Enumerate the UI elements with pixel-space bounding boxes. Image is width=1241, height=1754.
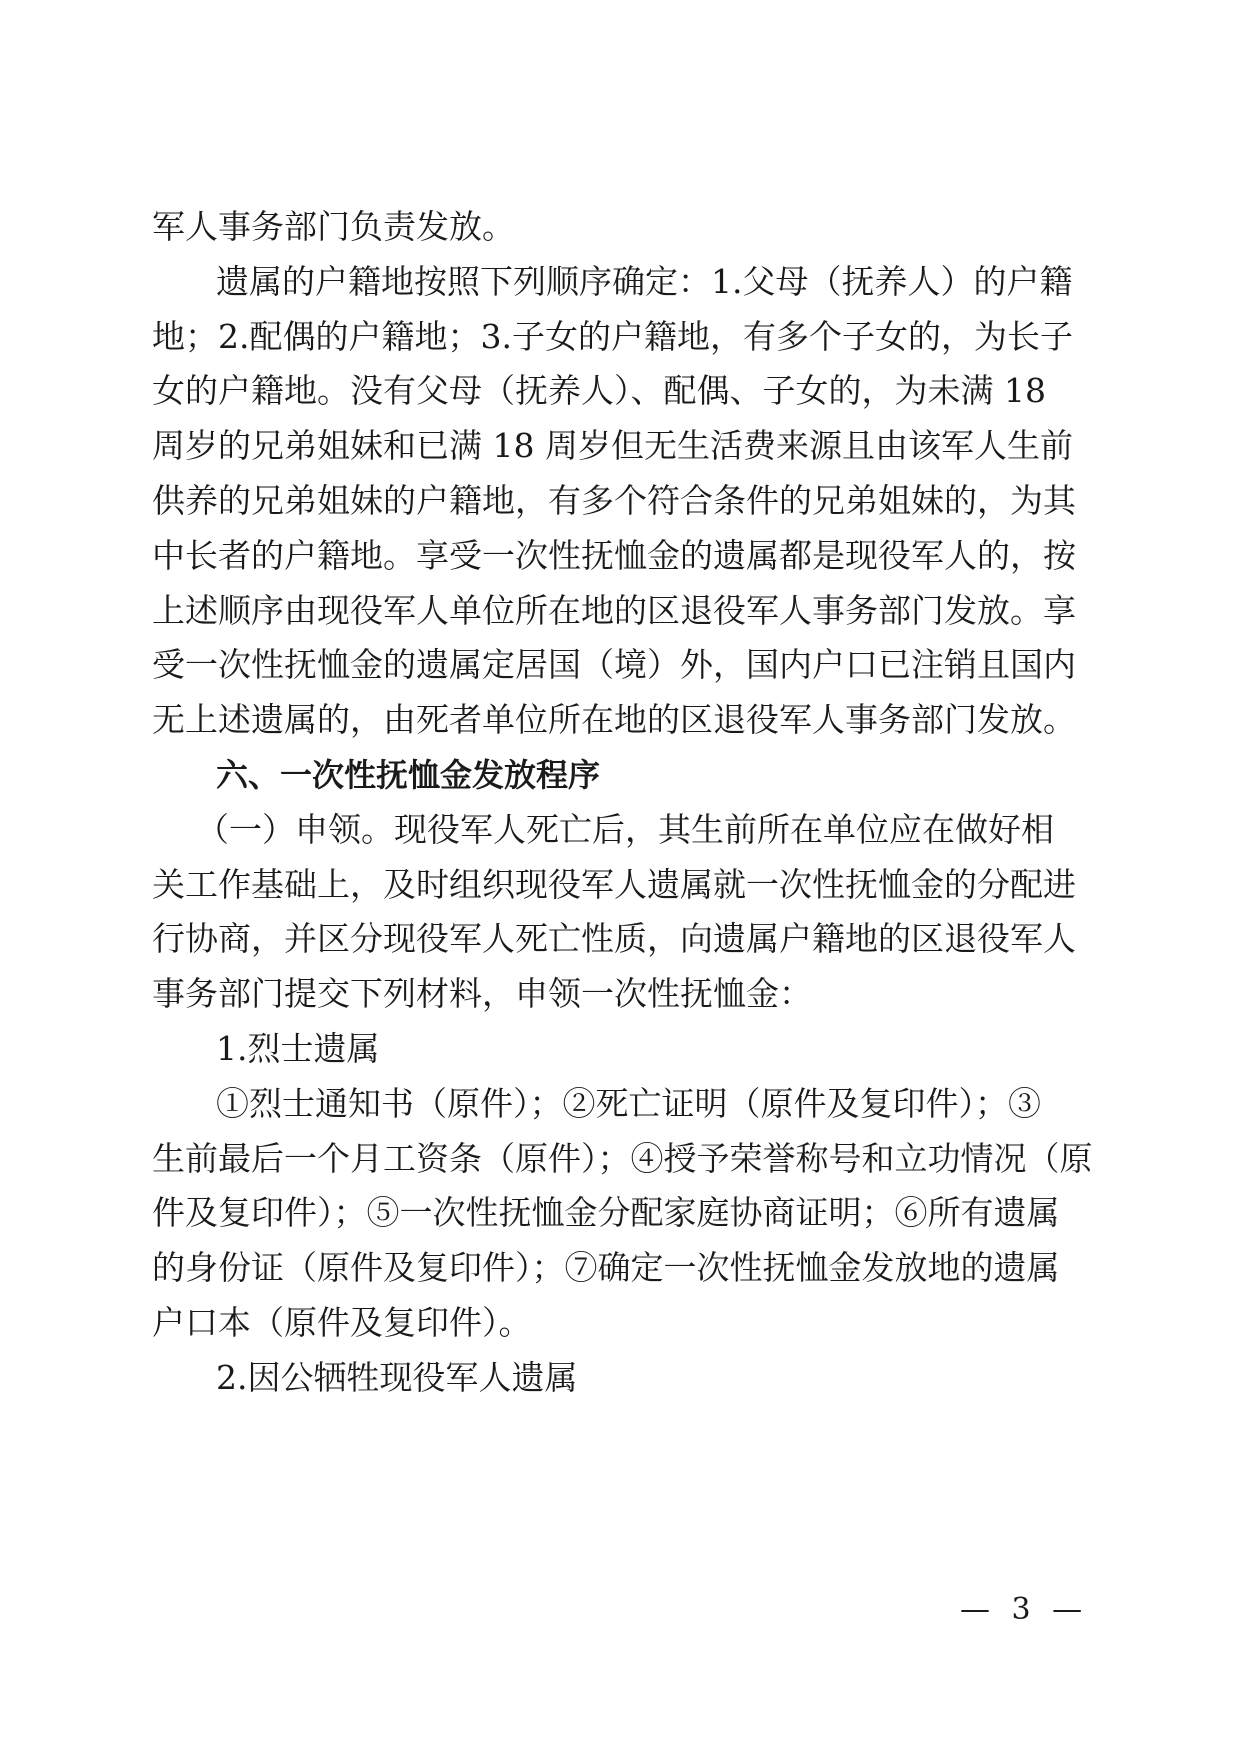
text-line: 地；2.配偶的户籍地；3.子女的户籍地，有多个子女的，为长子 (152, 310, 970, 365)
document-page: 军人事务部门负责发放。 遗属的户籍地按照下列顺序确定：1.父母（抚养人）的户籍 … (0, 0, 1241, 1754)
text-line: （一）申领。现役军人死亡后，其生前所在单位应在做好相 (152, 803, 970, 858)
text-line: ①烈士通知书（原件）；②死亡证明（原件及复印件）；③ (152, 1077, 970, 1132)
text-line: 的身份证（原件及复印件）；⑦确定一次性抚恤金发放地的遗属 (152, 1241, 970, 1296)
text-line: 受一次性抚恤金的遗属定居国（境）外，国内户口已注销且国内 (152, 638, 970, 693)
subsection-heading: 1.烈士遗属 (152, 1022, 970, 1077)
page-number: — 3 — (960, 1592, 1088, 1627)
text-line: 女的户籍地。没有父母（抚养人）、配偶、子女的，为未满 18 (152, 364, 970, 419)
text-line: 无上述遗属的，由死者单位所在地的区退役军人事务部门发放。 (152, 693, 970, 748)
text-line: 关工作基础上，及时组织现役军人遗属就一次性抚恤金的分配进 (152, 858, 970, 913)
text-line: 中长者的户籍地。享受一次性抚恤金的遗属都是现役军人的，按 (152, 529, 970, 584)
text-line: 件及复印件）；⑤一次性抚恤金分配家庭协商证明；⑥所有遗属 (152, 1186, 970, 1241)
section-heading: 六、一次性抚恤金发放程序 (152, 748, 970, 803)
text-line: 户口本（原件及复印件）。 (152, 1296, 970, 1351)
text-line: 周岁的兄弟姐妹和已满 18 周岁但无生活费来源且由该军人生前 (152, 419, 970, 474)
text-line: 事务部门提交下列材料，申领一次性抚恤金： (152, 967, 970, 1022)
text-line: 供养的兄弟姐妹的户籍地，有多个符合条件的兄弟姐妹的，为其 (152, 474, 970, 529)
text-line: 军人事务部门负责发放。 (152, 200, 970, 255)
text-line: 行协商，并区分现役军人死亡性质，向遗属户籍地的区退役军人 (152, 912, 970, 967)
text-line: 生前最后一个月工资条（原件）；④授予荣誉称号和立功情况（原 (152, 1132, 970, 1187)
document-body: 军人事务部门负责发放。 遗属的户籍地按照下列顺序确定：1.父母（抚养人）的户籍 … (152, 200, 970, 1406)
text-line: 遗属的户籍地按照下列顺序确定：1.父母（抚养人）的户籍 (152, 255, 970, 310)
text-line: 上述顺序由现役军人单位所在地的区退役军人事务部门发放。享 (152, 584, 970, 639)
subsection-heading: 2.因公牺牲现役军人遗属 (152, 1351, 970, 1406)
